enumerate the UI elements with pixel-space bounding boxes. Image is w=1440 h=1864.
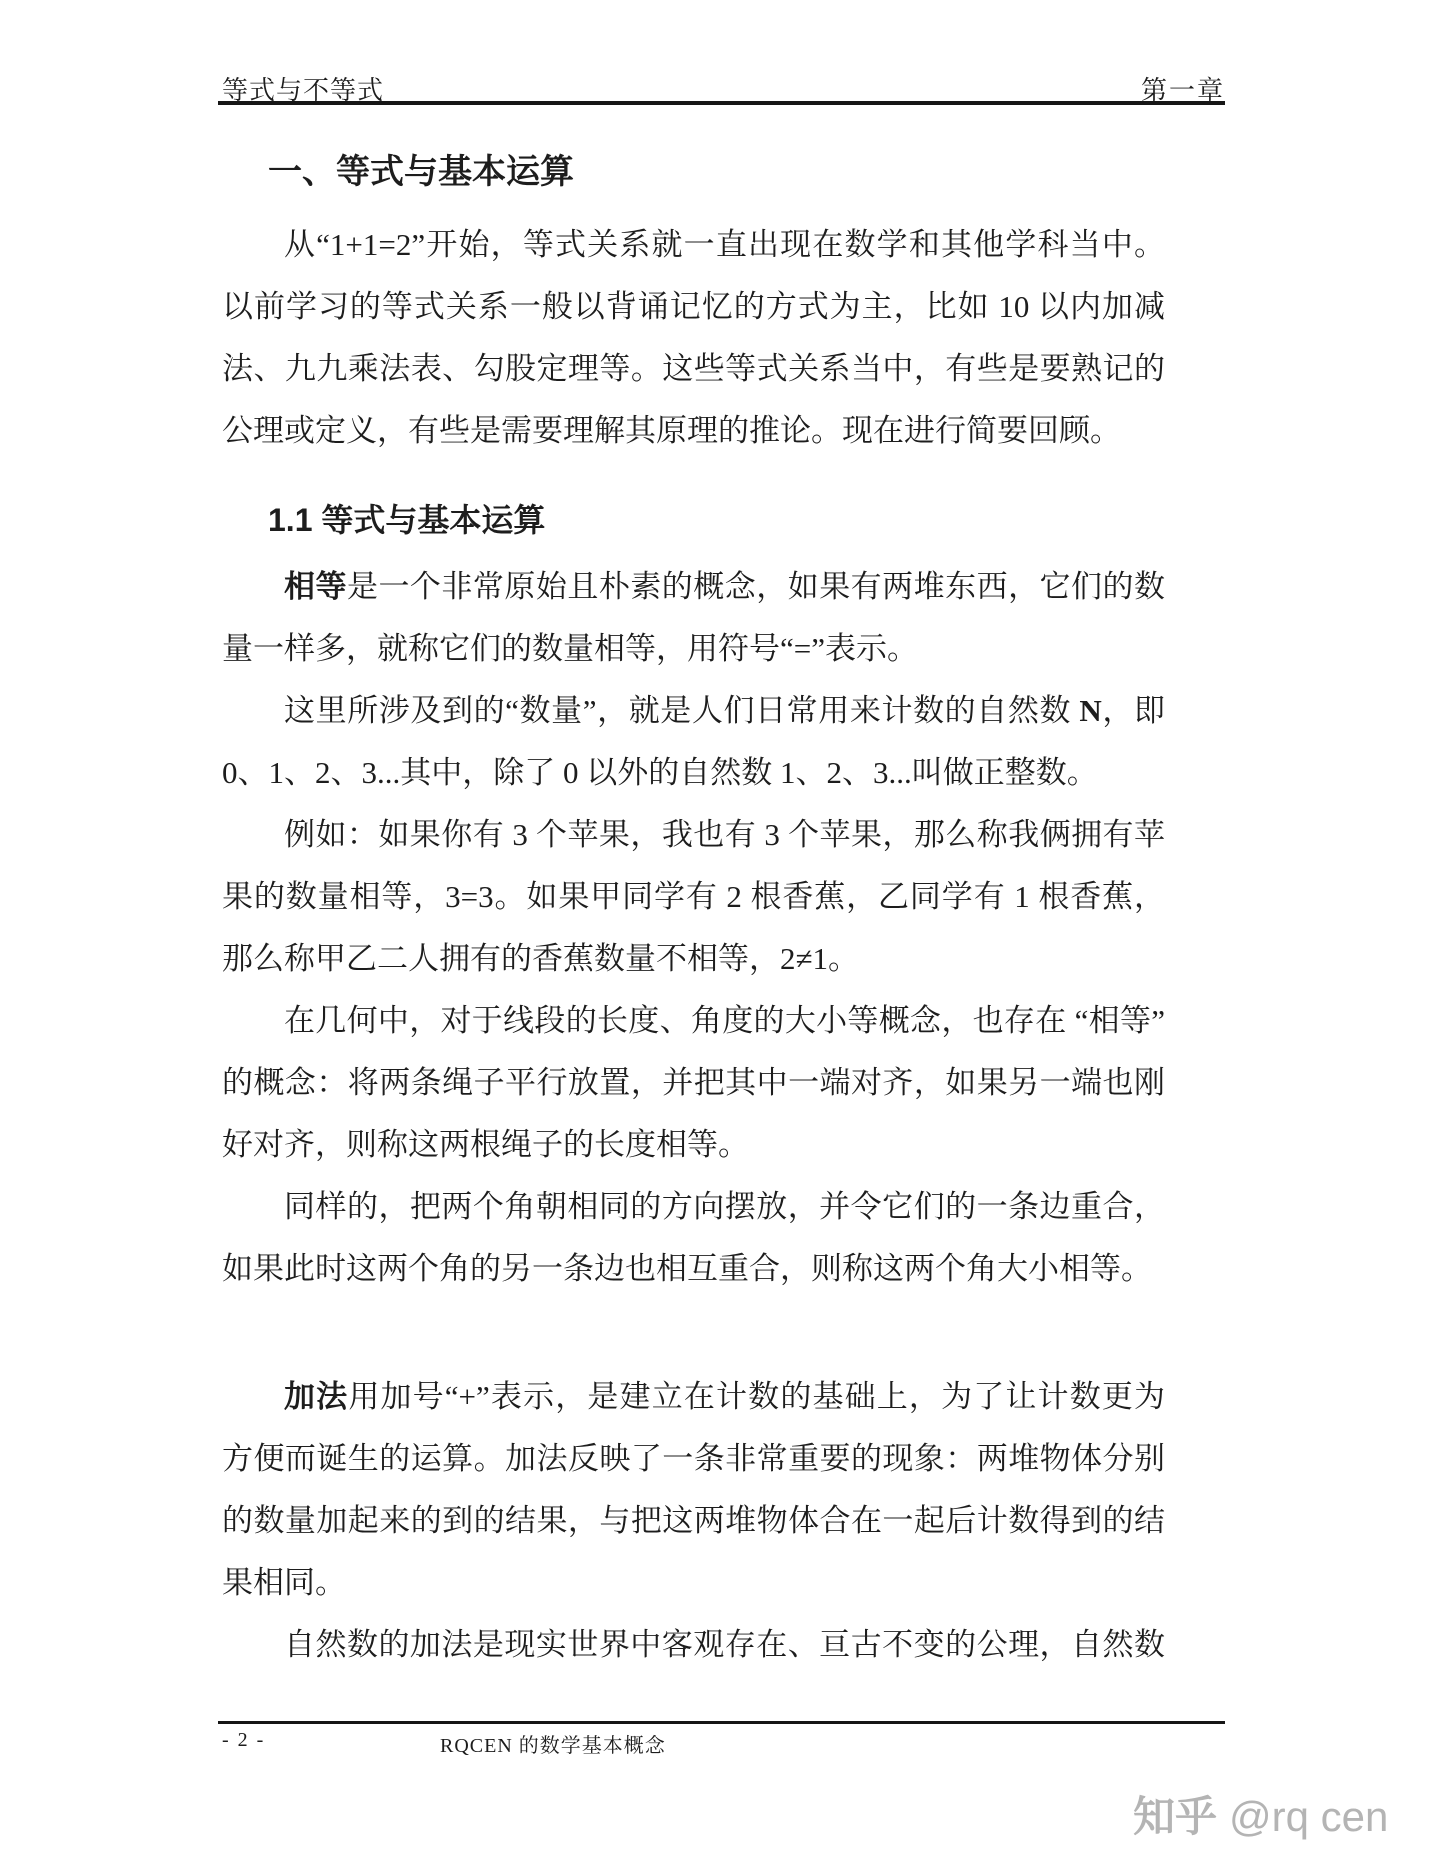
- text-line: 法、九九乘法表、勾股定理等。这些等式关系当中，有些是要熟记的: [222, 338, 1165, 400]
- text-run: 例如：如果你有 3 个苹果，我也有 3 个苹果，那么称我俩拥有苹: [284, 817, 1165, 852]
- text-line: 加法用加号“+”表示，是建立在计数的基础上，为了让计数更为: [222, 1366, 1165, 1428]
- text-run: 好对齐，则称这两根绳子的长度相等。: [222, 1127, 749, 1162]
- text-line: 在几何中，对于线段的长度、角度的大小等概念，也存在 “相等”: [222, 990, 1165, 1052]
- text-run: 的概念：将两条绳子平行放置，并把其中一端对齐，如果另一端也刚: [222, 1065, 1165, 1100]
- text-line: 例如：如果你有 3 个苹果，我也有 3 个苹果，那么称我俩拥有苹: [222, 804, 1165, 866]
- text-run: ，即: [1102, 693, 1165, 728]
- text-line: 公理或定义，有些是需要理解其原理的推论。现在进行简要回顾。: [222, 400, 1165, 462]
- header-rule: [218, 101, 1225, 105]
- text-run: 法、九九乘法表、勾股定理等。这些等式关系当中，有些是要熟记的: [222, 351, 1165, 386]
- text-line: 的数量加起来的到的结果，与把这两堆物体合在一起后计数得到的结: [222, 1490, 1165, 1552]
- text-line: 果的数量相等，3=3。如果甲同学有 2 根香蕉，乙同学有 1 根香蕉，: [222, 866, 1165, 928]
- text-run: 从“1+1=2”开始，等式关系就一直出现在数学和其他学科当中。: [284, 227, 1165, 262]
- subsection-title: 1.1 等式与基本运算: [222, 496, 1165, 544]
- text-run: 如果此时这两个角的另一条边也相互重合，则称这两个角大小相等。: [222, 1251, 1152, 1286]
- text-line: 方便而诞生的运算。加法反映了一条非常重要的现象：两堆物体分别: [222, 1428, 1165, 1490]
- paragraph: 自然数的加法是现实世界中客观存在、亘古不变的公理，自然数: [222, 1614, 1165, 1676]
- section-title: 一、等式与基本运算: [222, 148, 1165, 196]
- text-run: 自然数的加法是现实世界中客观存在、亘古不变的公理，自然数: [284, 1627, 1165, 1662]
- text-line: 的概念：将两条绳子平行放置，并把其中一端对齐，如果另一端也刚: [222, 1052, 1165, 1114]
- paragraph: 例如：如果你有 3 个苹果，我也有 3 个苹果，那么称我俩拥有苹果的数量相等，3…: [222, 804, 1165, 990]
- zhihu-author-handle: @rq cen: [1229, 1793, 1388, 1840]
- text-run: 是一个非常原始且朴素的概念，如果有两堆东西，它们的数: [347, 569, 1165, 604]
- text-run: 用加号“+”表示，是建立在计数的基础上，为了让计数更为: [348, 1379, 1165, 1414]
- text-run: 那么称甲乙二人拥有的香蕉数量不相等，2≠1。: [222, 941, 859, 976]
- text-run: 量一样多，就称它们的数量相等，用符号“=”表示。: [222, 631, 918, 666]
- paragraph: 从“1+1=2”开始，等式关系就一直出现在数学和其他学科当中。以前学习的等式关系…: [222, 214, 1165, 462]
- page: { "page": { "width": 1440, "height": 186…: [0, 0, 1440, 1864]
- text-run: 在几何中，对于线段的长度、角度的大小等概念，也存在 “相等”: [284, 1003, 1165, 1038]
- footer-book-title: RQCEN 的数学基本概念: [440, 1729, 666, 1758]
- paragraph: 在几何中，对于线段的长度、角度的大小等概念，也存在 “相等”的概念：将两条绳子平…: [222, 990, 1165, 1176]
- text-line: 相等是一个非常原始且朴素的概念，如果有两堆东西，它们的数: [222, 556, 1165, 618]
- text-run: 的数量加起来的到的结果，与把这两堆物体合在一起后计数得到的结: [222, 1503, 1165, 1538]
- text-run: 果相同。: [222, 1565, 346, 1600]
- text-run: 方便而诞生的运算。加法反映了一条非常重要的现象：两堆物体分别: [222, 1441, 1165, 1476]
- text-run: 以前学习的等式关系一般以背诵记忆的方式为主，比如 10 以内加减: [222, 289, 1165, 324]
- bold-term: 相等: [284, 569, 347, 604]
- text-run: 果的数量相等，3=3。如果甲同学有 2 根香蕉，乙同学有 1 根香蕉，: [222, 879, 1165, 914]
- paragraph: 相等是一个非常原始且朴素的概念，如果有两堆东西，它们的数量一样多，就称它们的数量…: [222, 556, 1165, 680]
- text-run: 同样的，把两个角朝相同的方向摆放，并令它们的一条边重合，: [284, 1189, 1165, 1224]
- footer-page-number: - 2 -: [222, 1729, 265, 1752]
- text-line: 好对齐，则称这两根绳子的长度相等。: [222, 1114, 1165, 1176]
- zhihu-watermark: 知乎@rq cen: [1133, 1784, 1388, 1844]
- bold-term: 加法: [284, 1379, 348, 1414]
- paragraph: 这里所涉及到的“数量”，就是人们日常用来计数的自然数 N，即0、1、2、3...…: [222, 680, 1165, 804]
- text-line: 那么称甲乙二人拥有的香蕉数量不相等，2≠1。: [222, 928, 1165, 990]
- text-line: 这里所涉及到的“数量”，就是人们日常用来计数的自然数 N，即: [222, 680, 1165, 742]
- document-body: 一、等式与基本运算从“1+1=2”开始，等式关系就一直出现在数学和其他学科当中。…: [222, 148, 1165, 1676]
- zhihu-logo-text: 知乎: [1133, 1793, 1217, 1840]
- text-line: 同样的，把两个角朝相同的方向摆放，并令它们的一条边重合，: [222, 1176, 1165, 1238]
- text-line: 果相同。: [222, 1552, 1165, 1614]
- text-line: 如果此时这两个角的另一条边也相互重合，则称这两个角大小相等。: [222, 1238, 1165, 1300]
- paragraph: 加法用加号“+”表示，是建立在计数的基础上，为了让计数更为方便而诞生的运算。加法…: [222, 1366, 1165, 1614]
- text-run: 这里所涉及到的“数量”，就是人们日常用来计数的自然数: [284, 693, 1079, 728]
- text-line: 以前学习的等式关系一般以背诵记忆的方式为主，比如 10 以内加减: [222, 276, 1165, 338]
- text-line: 自然数的加法是现实世界中客观存在、亘古不变的公理，自然数: [222, 1614, 1165, 1676]
- bold-term: N: [1079, 693, 1101, 728]
- text-line: 量一样多，就称它们的数量相等，用符号“=”表示。: [222, 618, 1165, 680]
- paragraph: 同样的，把两个角朝相同的方向摆放，并令它们的一条边重合，如果此时这两个角的另一条…: [222, 1176, 1165, 1300]
- text-run: 公理或定义，有些是需要理解其原理的推论。现在进行简要回顾。: [222, 413, 1121, 448]
- text-line: 0、1、2、3...其中，除了 0 以外的自然数 1、2、3...叫做正整数。: [222, 742, 1165, 804]
- text-line: 从“1+1=2”开始，等式关系就一直出现在数学和其他学科当中。: [222, 214, 1165, 276]
- text-run: 0、1、2、3...其中，除了 0 以外的自然数 1、2、3...叫做正整数。: [222, 755, 1098, 790]
- footer-rule: [218, 1721, 1225, 1724]
